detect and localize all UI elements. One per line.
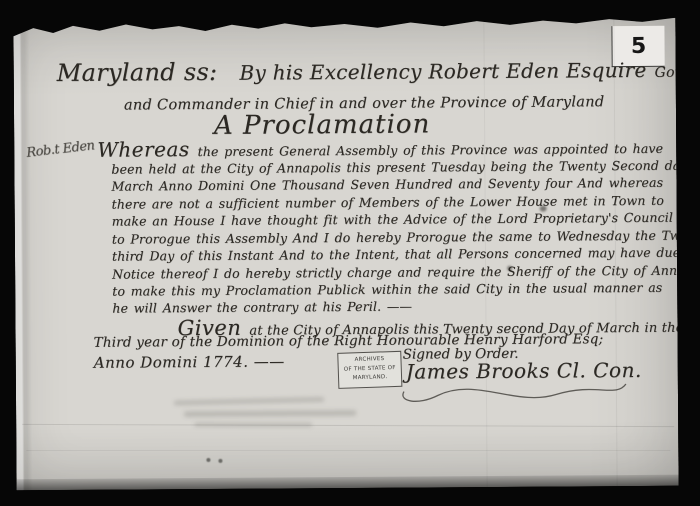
heading-governor: Governor: [655, 64, 700, 80]
body-line: he will Answer the contrary at his Peril…: [112, 299, 412, 316]
ink-blot: [507, 266, 512, 271]
body-line: been held at the City of Annapolis this …: [111, 157, 700, 176]
closing-dominion-line: Third year of the Dominion of the Right …: [94, 331, 604, 351]
paper-bottom-edge-shadow: [17, 475, 679, 491]
ink-blot: [540, 206, 547, 212]
ink-speck: [218, 459, 222, 463]
horizontal-crease: [22, 424, 674, 427]
body-line: March Anno Domini One Thousand Seven Hun…: [111, 175, 663, 194]
governor-margin-signature: Rob.t Eden: [26, 138, 96, 161]
signature-flourish: [396, 380, 631, 408]
document-heading: Maryland ss:By his Excellency Robert Ede…: [57, 54, 700, 87]
heading-by-excellency: By his Excellency Robert Eden Esquire: [239, 58, 646, 85]
document-paper: 5 Maryland ss:By his Excellency Robert E…: [13, 18, 678, 491]
ink-bleedthrough-smudge: [174, 397, 324, 406]
archives-stamp-text: ARCHIVES OF THE STATE OF MARYLAND.: [338, 352, 401, 383]
body-line: third Day of this Instant And to the Int…: [112, 245, 680, 264]
closing-anno-domini: Anno Domini 1774. ——: [94, 352, 285, 371]
body-line-text: the present General Assembly of this Pro…: [198, 141, 664, 159]
ink-bleedthrough-smudge: [194, 423, 312, 427]
horizontal-crease: [26, 450, 670, 451]
body-lead-word: Whereas: [97, 137, 190, 162]
body-line: there are not a sufficient number of Mem…: [112, 193, 664, 212]
body-line: make an House I have thought fit with th…: [112, 209, 700, 228]
ink-bleedthrough-smudge: [184, 410, 356, 417]
body-line: Notice thereof I do hereby strictly char…: [112, 262, 700, 281]
photograph-frame: 5 Maryland ss:By his Excellency Robert E…: [0, 0, 700, 506]
archives-stamp: ARCHIVES OF THE STATE OF MARYLAND.: [337, 351, 402, 389]
body-line: to make this my Proclamation Publick wit…: [112, 280, 662, 299]
heading-place: Maryland ss:: [57, 58, 218, 87]
body-line: to Prorogue this Assembly And I do hereb…: [112, 227, 700, 246]
ink-speck: [206, 458, 210, 462]
